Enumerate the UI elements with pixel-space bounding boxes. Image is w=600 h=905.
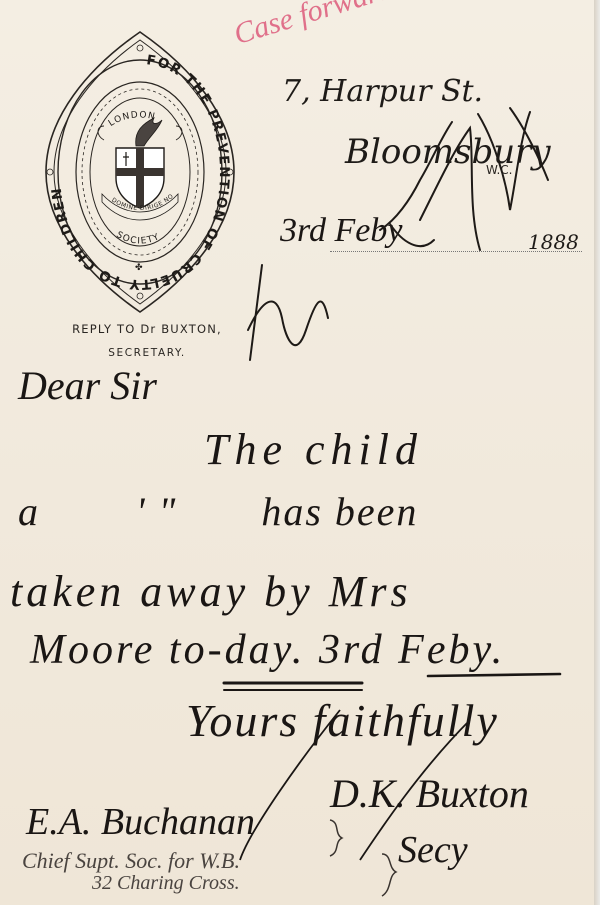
svg-text:SOCIETY: SOCIETY — [114, 230, 161, 247]
reply-to-line: REPLY TO Dr BUXTON, — [72, 322, 222, 336]
signature-title: Secy — [398, 828, 468, 872]
body-line-2: a ' " has been — [18, 488, 418, 535]
paper-edge — [594, 0, 600, 905]
reply-to-block: REPLY TO Dr BUXTON, SECRETARY. — [72, 322, 222, 359]
handwritten-date: 3rd Feby — [280, 212, 402, 250]
closing: Yours faithfully — [186, 694, 499, 747]
svg-text:✤: ✤ — [135, 263, 143, 273]
body-line-1: The child — [204, 424, 423, 475]
body-line-4: Moore to-day. 3rd Feby. — [30, 626, 505, 674]
address-postcode: W.C. — [486, 163, 513, 177]
cosigner-title-line-2: 32 Charing Cross. — [92, 872, 240, 895]
secretary-line: SECRETARY. — [72, 347, 222, 359]
printed-year: 1888 — [528, 230, 579, 254]
signature: D.K. Buxton — [330, 770, 529, 817]
address-street: 7, Harpur St. — [282, 74, 483, 109]
society-seal: FOR THE PREVENTION OF CRUELTY TO CHILDRE… — [42, 28, 238, 316]
cosigner-title-line-1: Chief Supt. Soc. for W.B. — [22, 848, 240, 874]
body-line-3: taken away by Mrs — [10, 566, 412, 617]
address-district: Bloomsbury — [345, 132, 551, 172]
salutation: Dear Sir — [18, 362, 157, 409]
cosigner-name: E.A. Buchanan — [26, 800, 255, 844]
